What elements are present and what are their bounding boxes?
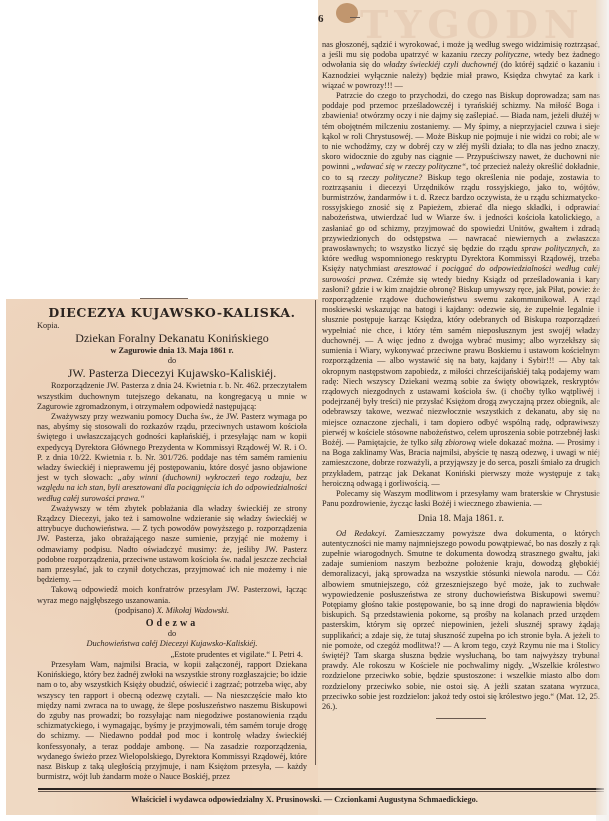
motto: „Estote prudentes et vigilate.“ I. Petri… <box>37 650 307 660</box>
text-run: Biskup tego określenia nie podaje, zosta… <box>322 173 600 253</box>
paragraph: nas głoszonéj, sądzić i wyrokować, i moż… <box>322 40 600 91</box>
italic-run: siłą zbiorową <box>431 438 476 447</box>
odezwa-recipient-text: Duchowieństwa całéj Diecezyi Kujawsko-Ka… <box>87 639 258 648</box>
italic-run: rzeczy polityczne? <box>359 173 423 182</box>
blank-margin <box>0 0 318 297</box>
section-title: DIECEZYA KUJAWSKO-KALISKA. <box>37 308 307 318</box>
italic-run: rzeczy polityczne <box>471 50 529 59</box>
paragraph: Patrzcie do czego to przychodzi, do czeg… <box>322 91 600 489</box>
editorial-note: Od Redakcyi. Zamieszczamy powyższe dwa d… <box>322 529 600 713</box>
editorial-text: Zamieszczamy powyższe dwa dokumenta, o k… <box>322 529 600 711</box>
editorial-label: Od Redakcyi. <box>336 529 387 538</box>
date-line: Dnia 18. Maja 1861. r. <box>322 514 600 524</box>
signature: (podpisano) X. Mikołaj Wadowski. <box>37 606 307 616</box>
odezwa-recipient: Duchowieństwa całéj Diecezyi Kujawsko-Ka… <box>37 639 307 649</box>
section-top-rule <box>140 298 188 299</box>
signature-name: X. Mikołaj Wadowski. <box>157 606 230 615</box>
kopia-label: Kopia. <box>37 321 307 331</box>
end-rule <box>436 718 486 719</box>
letter-heading: Dziekan Foralny Dekanatu Konińskiego <box>37 332 307 345</box>
right-column: nas głoszonéj, sądzić i wyrokować, i moż… <box>322 40 600 725</box>
paragraph: Takową odpowiedź moich konfratrów przesy… <box>37 585 307 605</box>
signature-label: (podpisano) <box>115 606 155 615</box>
stain-underline <box>350 17 360 18</box>
text-run: . Czémże się wtedy biedny Ksiądz od prze… <box>322 275 600 447</box>
letter-place-date: w Zagurowie dnia 13. Maja 1861 r. <box>37 346 307 356</box>
paragraph: Polecamy się Waszym modlitwom i przesyła… <box>322 489 600 509</box>
column-divider <box>315 300 316 765</box>
footer-rule <box>38 788 604 790</box>
page-edge <box>596 0 609 821</box>
odezwa-do: do <box>37 629 307 639</box>
left-column: DIECEZYA KUJAWSKO-KALISKA. Kopia. Dzieka… <box>37 306 307 782</box>
letter-to: do <box>37 356 307 366</box>
ink-stain <box>336 3 358 23</box>
paragraph: Rozporządzenie JW. Pasterza z dnia 24. K… <box>37 381 307 412</box>
italic-run: „wdawać się w rzeczy polityczne“ <box>351 162 466 171</box>
odezwa-title: Odezwa <box>37 619 307 629</box>
paragraph-text: Zważywszy przy wezwaniu pomocy Ducha św.… <box>37 412 307 482</box>
paragraph: Zważywszy przy wezwaniu pomocy Ducha św.… <box>37 412 307 504</box>
page-number: 6 <box>318 13 324 25</box>
letter-recipient: JW. Pasterza Diecezyi Kujawsko-Kaliskiéj… <box>37 367 307 380</box>
italic-run: spraw politycznych <box>521 244 587 253</box>
footer-rule-thin <box>38 791 604 792</box>
text-run: Patrzcie do czego to przychodzi, do czeg… <box>322 91 600 171</box>
imprint-footer: Właściciel i wydawca odpowiedzialny X. P… <box>0 795 609 804</box>
italic-run: władzy świeckiéj czyli duchownéj <box>384 60 498 69</box>
paragraph: Zważywszy w tém zbytek pobłażania dla wł… <box>37 504 307 586</box>
paragraph: Przesyłam Wam, najmilsi Bracia, w kopii … <box>37 660 307 782</box>
